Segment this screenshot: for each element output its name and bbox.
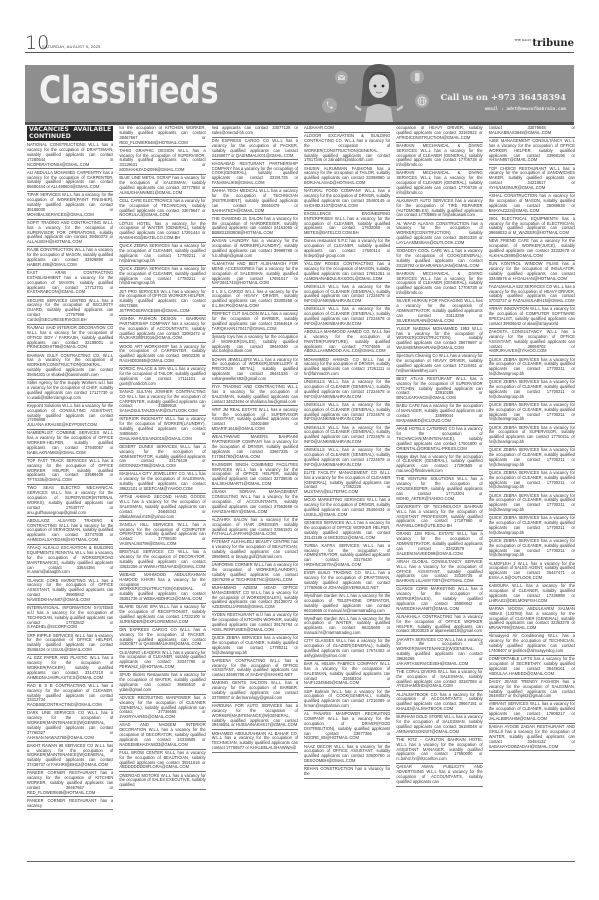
classified-ad: UNISKILLS W.L.L has a vacancy for the oc…: [304, 447, 390, 469]
classified-ad: LOTUS HOTEL has a vacancy for the occupa…: [119, 221, 205, 243]
classified-ad: ASAD AND NADEEM INTERIOR DECORATION W.L.…: [119, 723, 205, 750]
classified-ad: EVER BUILD TRADING CO. W.L.L has a vacan…: [304, 571, 390, 593]
classified-ad: TWO SEAS ELECTRO MECHANICAL SERVICES W.L…: [27, 486, 113, 518]
classified-ad: AIRAH GLOBAL CONSULTANCY SERVICE W.L.L h…: [396, 559, 482, 586]
page-header: 10 SATURDAY, AUGUST 9, 2025 THE DAILYtri…: [25, 38, 574, 53]
classified-ad: MUHAMMAD AZEEM HEAD OFFICE MANAGEMENT CO…: [212, 585, 298, 612]
classified-ad: SRP RIPPLE SERVICES W.L.L has a vacancy …: [27, 633, 113, 655]
classified-ad: UNIVERSITY OF TECHNOLOGY BAHRAIN W.L.L h…: [396, 504, 482, 531]
classified-ad: REHAN CONSTRUCTION has a vacancy for the: [304, 766, 390, 778]
classified-ad: EAST ARAB CONTRACTING ESTABLISHMENT has …: [27, 270, 113, 297]
classified-ad: UNISKILLS W.L.L has a vacancy for the oc…: [304, 402, 390, 424]
classified-ad: DESERT DUNES SERVICES W.L.L has a vacanc…: [119, 444, 205, 471]
classified-ad: NATURAL FOOD COMPANY W.L.L has a vacancy…: [304, 188, 390, 210]
classified-ad: HAGNABAD RESTURANT PARTNERSHIP COMPANY h…: [212, 161, 298, 188]
classified-ad: THE DIAMOND 31 SALON has a vacancy for t…: [212, 216, 298, 238]
classified-ad: SODADDY COOL CAFE W.L.L has a vacancy fo…: [396, 248, 482, 270]
classified-ad: TOP FAST TRACK SERVICES W.L.L has a vaca…: [27, 458, 113, 485]
classified-ad: WOOD ART WORKSHOP has a vacancy for the …: [119, 344, 205, 366]
classified-ad: MARWA MOOSA ABDULKARIM SALMAN ABBAS (133…: [489, 606, 575, 633]
classified-ad: JET PRO SERVICES W.L.L has a vacancy for…: [119, 289, 205, 316]
classifieds-columns: VACANCIES AVAILABLE CONTINUED NATIONAL C…: [27, 126, 575, 861]
classified-ad: FULL BROW CENTER W.L.L has a vacancy for…: [119, 750, 205, 772]
classified-ad: MASHALLA CITY JEWELLERY CO. W.L.L has a …: [119, 472, 205, 494]
envelope-icon: [335, 71, 348, 84]
section-heading: VACANCIES AVAILABLE CONTINUED: [27, 126, 113, 141]
column-2: for the occupation of KITCHEN WORKER, su…: [119, 126, 205, 861]
classified-ad: PANEER CORNER RESTAURANT has a vacancy: [27, 798, 113, 810]
classified-ad: ASHAL CONSTRUCTION has a vacancy for the…: [489, 193, 575, 215]
classified-ad: UNIFORMS CORNER W.L.L has a vacancy for …: [212, 562, 298, 584]
classified-ad: VIBRANT SERVICES W.L.L has a vacancy for…: [489, 702, 575, 724]
classified-ad: NEW FRIEND CAFE has a vacancy for the oc…: [489, 239, 575, 261]
classified-ad: Dunes restaurant S.P.C has a vacancy for…: [304, 239, 390, 261]
classified-ad: SOPIT TRADING AND CONTRACTING W.L.L has …: [27, 220, 113, 247]
classified-ad: SUN KONTROL WINDOW FILMS has a vacancy f…: [489, 261, 575, 283]
classified-ad: NORDIC PALACE & SPA W.L.L has a vacancy …: [119, 366, 205, 388]
page-number: 10: [25, 32, 49, 54]
classified-ad: MOHAMMED AHMADI CO W.L.L has a vacancy f…: [304, 357, 390, 379]
classified-ad: BRISTALE SERVICES CO W.L.L has a vacancy…: [119, 549, 205, 571]
classified-ad: USAMA SORAYA MANAGEMENT CONSULTING W.L.L…: [212, 490, 298, 517]
classified-ad: QUICK ZEBRA SERVICES has a vacancy for t…: [489, 470, 575, 492]
classified-ad: WASAN LAUNDRY has a vacancy for the occu…: [212, 239, 298, 261]
classified-ad: Keypoint Solutions W.L.L has a vacancy f…: [27, 403, 113, 430]
classified-ad: BABU CAFE has a vacancy for the occupati…: [396, 404, 482, 426]
classified-ad: UNISKILLS W.L.L has a vacancy for the oc…: [304, 284, 390, 306]
classified-ad: NATIONAL CONSTRUCTIONS W.L.L has a vacan…: [27, 143, 113, 169]
classified-ad: S L S L CARGO W.L.L has a vacancy for th…: [212, 289, 298, 311]
classified-ad: WEALTHWAVE MAKERS BAHRAINI PARTNERSHIP C…: [212, 434, 298, 461]
banner-divider: [25, 122, 574, 125]
classified-ad: FAZALMAULA 522 SERVICES CO W.L.L has a v…: [489, 284, 575, 306]
classified-ad: for the occupation of KITCHEN WORKER, su…: [119, 126, 205, 147]
classified-ad: Stiller Agency for the Supply Workers w.…: [27, 380, 113, 402]
classified-ad: BAHRAIN MECHANICAL & DIVING SERVICES W.L…: [396, 171, 482, 198]
classified-ad: GRAND JJM REAL ESTATE W.L.L has a vacanc…: [396, 532, 482, 559]
call-us-phone: Call us on +973 36458394: [440, 93, 566, 103]
classified-ad: QUICK ZEBRA SERVICES has a vacancy for t…: [119, 243, 205, 265]
classified-ad: SECURE SERVICES LIMITED W.L.L has a vaca…: [27, 298, 113, 325]
classified-ad: BAHRAIN MECHANICAL & DIVING SERVICES W.L…: [396, 143, 482, 170]
classified-ad: Wyndham Garden W.L.L has a vacancy for t…: [304, 616, 390, 638]
classified-ad: QUICK ZEBRA SERVICES has a vacancy for t…: [212, 635, 298, 657]
classified-ad: BEST ATLAS RESTURANT W.L.L has a vacancy…: [396, 376, 482, 403]
classified-ad: COMFORTABLE LIFTS has a vacancy for the …: [489, 656, 575, 678]
classified-ad: GLANCE CORE MARKETING W.L.L has a vacanc…: [396, 587, 482, 614]
classified-ad: SAREENA CONTRACTING W.L.L has a vacancy …: [212, 658, 298, 680]
classified-ad: JAKARTA SERVICES CO W.L.L has a vacancy …: [396, 637, 482, 669]
classified-ad: DIN EXPRESS CARGO CO W.L.L has a vacancy…: [119, 627, 205, 649]
column-3: fied applicants can contact 33077128 or …: [212, 126, 298, 861]
classified-ad: INTERIOR INGENUITY W.L.L has a vacancy f…: [119, 417, 205, 444]
classified-ad: VISHNA FASHION DESIGN - BAHRAINI PARTNER…: [119, 316, 205, 343]
classified-ad: QUICK ZEBRA SERVICES has a vacancy for t…: [489, 357, 575, 379]
classified-ad: WEBAID MAHMOOD ABDULRAHMAN HAMOOD KHAIRI…: [119, 572, 205, 604]
classified-ad: RAJINDER SINGH COMBINED FACILITIES SERVI…: [212, 462, 298, 489]
classified-ad: BLAIRE OLIVE SPA W.L.L has a vacancy for…: [119, 604, 205, 626]
classified-ad: INTERNATIONAL INFORMATION SYSTEMS w.l.l …: [27, 605, 113, 632]
publication-date: SATURDAY, AUGUST 9, 2025: [42, 44, 101, 49]
classified-ad: QUICK ZEBRA SERVICES has a vacancy for t…: [489, 402, 575, 424]
classified-ad: DARK LINE SERVICES CO W.L.L has a vacanc…: [27, 711, 113, 743]
classified-ad: TIPAR SERVICES W.L.L has a vacancy for t…: [27, 193, 113, 220]
classified-ad: AJEE MANAGEMENT CONSULTANCY W.L.L has a …: [489, 138, 575, 165]
classified-ad: ALJALMATBOOK CO. has a vacancy for the o…: [396, 692, 482, 714]
classified-ad: SILVER HURAIN FOR PACKAGING W.L.L has a …: [396, 298, 482, 325]
classified-ad: ALNAKHALA CONTRACTING has a vacancy for …: [396, 614, 482, 636]
classified-ad: QUICK ZEBRA SERVICES has a vacancy for t…: [489, 425, 575, 447]
classified-ad: ABDULLA MAHMOOD AHMED CO. W.L.L has a va…: [304, 329, 390, 356]
classified-ad: SABAH AYOOB ZADAH RESTAURANT AND GRILLS …: [489, 724, 575, 751]
classified-ad: UNISKILLS W.L.L has a vacancy for the oc…: [304, 307, 390, 329]
classified-ad: CITY GLASSES W.L.L has a vacancy for the…: [304, 639, 390, 661]
classified-ad: UNISKILLS W.L.L has a vacancy for the oc…: [304, 425, 390, 447]
classified-ad: EXCELLENCE ENGINEERING ENTERPRISES W.L.L…: [304, 211, 390, 238]
classified-ad: QUICK ZEBRA SERVICES has a vacancy for t…: [489, 493, 575, 515]
classified-ad: QUICK ZEBRA SERVICES has a vacancy for t…: [489, 538, 575, 560]
classified-ad: AFAAQ ALKALIJ EXCAVATION & BUILDING EQUI…: [27, 545, 113, 577]
classified-ad: NAMBERLIST COMBINE SERVICES W.L.L has a …: [27, 431, 113, 458]
classified-ad: dynasty toys has a vacancy for the occup…: [212, 334, 298, 356]
classified-ad: UNISKILLS W.L.L has a vacancy for the oc…: [304, 379, 390, 401]
classified-ad: QAISAR AWAN PUBLICITY AND ADVERTISING W.…: [396, 765, 482, 787]
classified-ad: YUSUF NAEEMA MOHAMMED 1953 W.L.L has a v…: [396, 326, 482, 353]
classified-ad: AL FANARIS MANPOWER RECRUITING COMPANY W…: [304, 711, 390, 743]
classified-ad: FATEMAT ALKHALEEJ BEAUTY CENTRE has a va…: [212, 540, 298, 562]
classified-ad: RAJMALI SAID INTERIOR DECORATION CO W.L.…: [27, 325, 113, 352]
column-4: ALBAHAR.COMALDOOR EXCAVATION & BUILDING …: [304, 126, 390, 861]
column-1: VACANCIES AVAILABLE CONTINUED NATIONAL C…: [27, 126, 113, 861]
classified-ad: DAISY JEANS TRENDY FASHION has a vacancy…: [489, 679, 575, 701]
classified-ad: Happy days has a vacancy for the occupat…: [396, 454, 482, 476]
banner-title: Classifieds: [39, 69, 218, 112]
classified-ad: ALDOOR EXCAVATION & BUILDING CONTRACTING…: [304, 133, 390, 165]
classified-ad: GLANCE CORE MARKETING W.L.L has a vacanc…: [27, 578, 113, 605]
classified-ad: SPUD Sliders Restaurants has a vacancy f…: [119, 672, 205, 694]
classified-ad: Spectrum Cleaning Co W.L.L has a vacancy…: [396, 353, 482, 375]
column-6: contact 33079648 or MALIKABBAS3648@GMAIL…: [489, 126, 575, 861]
classified-ad: BLUE LINE METAL SCRAP has a vacancy for …: [119, 175, 205, 197]
globe-icon: [415, 94, 429, 108]
classified-ad: SAHHA TECH MEDICAL W.L.L has a vacancy f…: [212, 188, 298, 215]
classified-ad: TOP CHOICE RESTAURANT W.L.L has a vacanc…: [489, 166, 575, 193]
mobile-icon: [410, 70, 424, 84]
classified-ad: ALZAHRA SALON has a vacancy for the occu…: [212, 517, 298, 539]
classified-ad: PERFECT CUT SALOON W.L.L has a vacancy f…: [212, 311, 298, 333]
classified-ad: ARIF JM REAL ESTATE W.L.L has a vacancy …: [212, 407, 298, 434]
classified-ad: KABOURA W.L.L has a vacancy for the occu…: [489, 583, 575, 605]
classified-ad: QUICK ZEBRA SERVICES has a vacancy for t…: [489, 447, 575, 469]
classified-ad: TURBA KAFRA SERVICES W.L.L has a vacancy…: [304, 543, 390, 570]
classified-ad: CLEANING LEADERS W.L.L has a vacancy for…: [119, 650, 205, 672]
classified-ad: MOHAMED ABDULRAHMAN AL BAHAR CO. W.L.L h…: [212, 731, 298, 753]
classified-ad: QUICK ZEBRA SERVICES has a vacancy for t…: [489, 379, 575, 401]
classified-ad: ABDULAZIZ ALSAYED TRADING & CONTRACTING …: [27, 518, 113, 545]
classified-ad: ALKUWAITI AUTO SERVICES has a vacancy fo…: [396, 198, 482, 220]
phone-icon: [322, 98, 337, 113]
classified-ad: NAAZ DECOR W.L.L has a vacancy for the o…: [304, 744, 390, 766]
classified-ad: ARRAY INNOVATION W.L.L has a vacancy for…: [489, 307, 575, 329]
classified-ad: BURHANI DOLD STORE W.L.L has a vacancy f…: [396, 714, 482, 736]
classifieds-banner: Classifieds Call us on +973 36458394 ema…: [25, 65, 574, 122]
classified-ad: PANEER CORNER RESTAURANT has a vacancy f…: [27, 770, 113, 797]
classified-ad: CELL CARE ELECTRONICS has a vacancy for …: [119, 198, 205, 220]
column-5: occupation of HEAVY DRIVER, suitably qua…: [396, 126, 482, 861]
classified-ad: QUICK ZEBRA SERVICES has a vacancy for t…: [119, 266, 205, 288]
classified-ad: THE VENTURE SOLUTIONS W.L.L has a vacanc…: [396, 477, 482, 504]
classified-ad: SANGLA HILL SERVICES W.L.L has a vacancy…: [119, 522, 205, 549]
classified-ad: Wyndham Garden W.L.L has a vacancy for t…: [304, 593, 390, 615]
classified-ad: AYDEN RESTAURANT w.l.l has a vacancy for…: [212, 613, 298, 635]
classified-ad: AL WAAD ALASAS CONSTRUCTION has a vacanc…: [396, 221, 482, 248]
customer-service-illustration: [355, 62, 403, 122]
classified-ad: RAJIB CONSTRUCTION W.L.L has a vacancy f…: [27, 248, 113, 270]
classified-ad: THE RITZ - CARLTON BAHRAIN HOTEL W.L.L h…: [396, 737, 482, 764]
classified-ad: FIYA TRADING AND CONTRACTING W.L.L has a…: [212, 384, 298, 406]
classified-ad: ZAKOSTA CONSULTANCY W.L.L has a vacancy …: [489, 329, 575, 356]
logo-prefix: THE DAILY: [514, 38, 531, 42]
classified-ad: TAHID GRAPHIC DESIGN W.L.L has a vacancy…: [119, 148, 205, 175]
classified-ad: Almoayyed Air Conditioning W.L.L has a v…: [489, 634, 575, 656]
classified-ad: GENESIS SERVICES W.L.L has a vacancy for…: [304, 520, 390, 542]
classified-ad: YALLOW ROSES CONTRACTING has a vacancy f…: [304, 261, 390, 283]
page-bottom-rule: [27, 861, 575, 862]
classified-ad: SANAD SULTAN JOWHER CONTRACTING CO W.L.L…: [119, 389, 205, 416]
classified-ad: BAR AL HELWA FABRICS COMPANY W.L.L has a…: [304, 661, 390, 688]
classified-ad: DIN EXPRESS CARGO CO W.L.L has a vacancy…: [212, 138, 298, 160]
classified-ad: QUICK ZEBRA SERVICES has a vacancy for t…: [489, 515, 575, 537]
classified-ad: ELITE FACILITY MANAGEMENT CO W.L.L has a…: [304, 470, 390, 497]
classified-ad: contact 33079648 or MALIKABBAS3648@GMAIL…: [489, 126, 575, 138]
classified-ad: MOJO MARKETING SERVICES W.L.L has a vaca…: [304, 498, 390, 520]
classified-ad: ALMOFLEH 1 W.L.L has a vacancy for the o…: [489, 561, 575, 583]
classified-ad: ALMAKTAM AND BEIT ALSHAMAGH FOR MENS ACC…: [212, 261, 298, 288]
classified-ad: HARDUNA FOR AUTO SERVICES has a vacancy …: [212, 703, 298, 730]
advertising-email: email : advt@newsofbahrain.com: [485, 107, 566, 112]
classified-ad: BAKHT RAWAN 99 SERVICES CO W.L.L has a v…: [27, 743, 113, 770]
classified-ad: 2001 ELECTRICAL EQUIPMENTS has a vacancy…: [489, 216, 575, 238]
classified-ad: AFTAB AHMAD SECOND HAND GOODS W.L.L has …: [119, 494, 205, 521]
classified-ad: fied applicants can contact 33077128 or …: [212, 126, 298, 138]
classified-ad: AL EZZ PAPER AND PLASTIC W.L.L has a vac…: [27, 656, 113, 683]
classified-ad: BAHRAIN MECHANICAL & DIVING SERVICES W.L…: [396, 271, 482, 298]
classified-ad: ALBAHAR.COM: [304, 126, 390, 133]
classified-ad: THE CORAL DIVERS W.L.L has a vacancy for…: [396, 669, 482, 691]
newspaper-logo: THE DAILYtribune: [514, 38, 574, 49]
classified-ad: ALI ABDULLA MOHAMED CARPENTRY has a vaca…: [27, 170, 113, 192]
classified-ad: RAO B S B CONTRACTING W.L.L has a vacanc…: [27, 683, 113, 710]
classified-ad: BAHMAN GULF CONTRACTING CO. W.L.L has a …: [27, 353, 113, 380]
classified-ad: SSP Bahrain W.L.L has a vacancy for the …: [304, 689, 390, 711]
classified-ad: ADVICE RECRUITING MANPOWER has a vacancy…: [119, 695, 205, 722]
logo-text: tribune: [532, 38, 574, 49]
classified-ad: occupation of HEAVY DRIVER, suitably qua…: [396, 126, 482, 143]
classified-ad: SOHAN JEWELLERS W.L.L has a vacancy for …: [212, 357, 298, 384]
classified-ad: ARAB HOTELS CATERING CO has a vacancy fo…: [396, 426, 482, 453]
classified-ad: SHUSIN ALRUMMAN FASHIONS has a vacancy f…: [304, 166, 390, 188]
classified-ad: MARINO GENTS SALOON W.L.L has a vacancy …: [212, 681, 298, 703]
classified-ad: ONEROAD MOTORS W.L.L has a vacancy for t…: [119, 773, 205, 790]
